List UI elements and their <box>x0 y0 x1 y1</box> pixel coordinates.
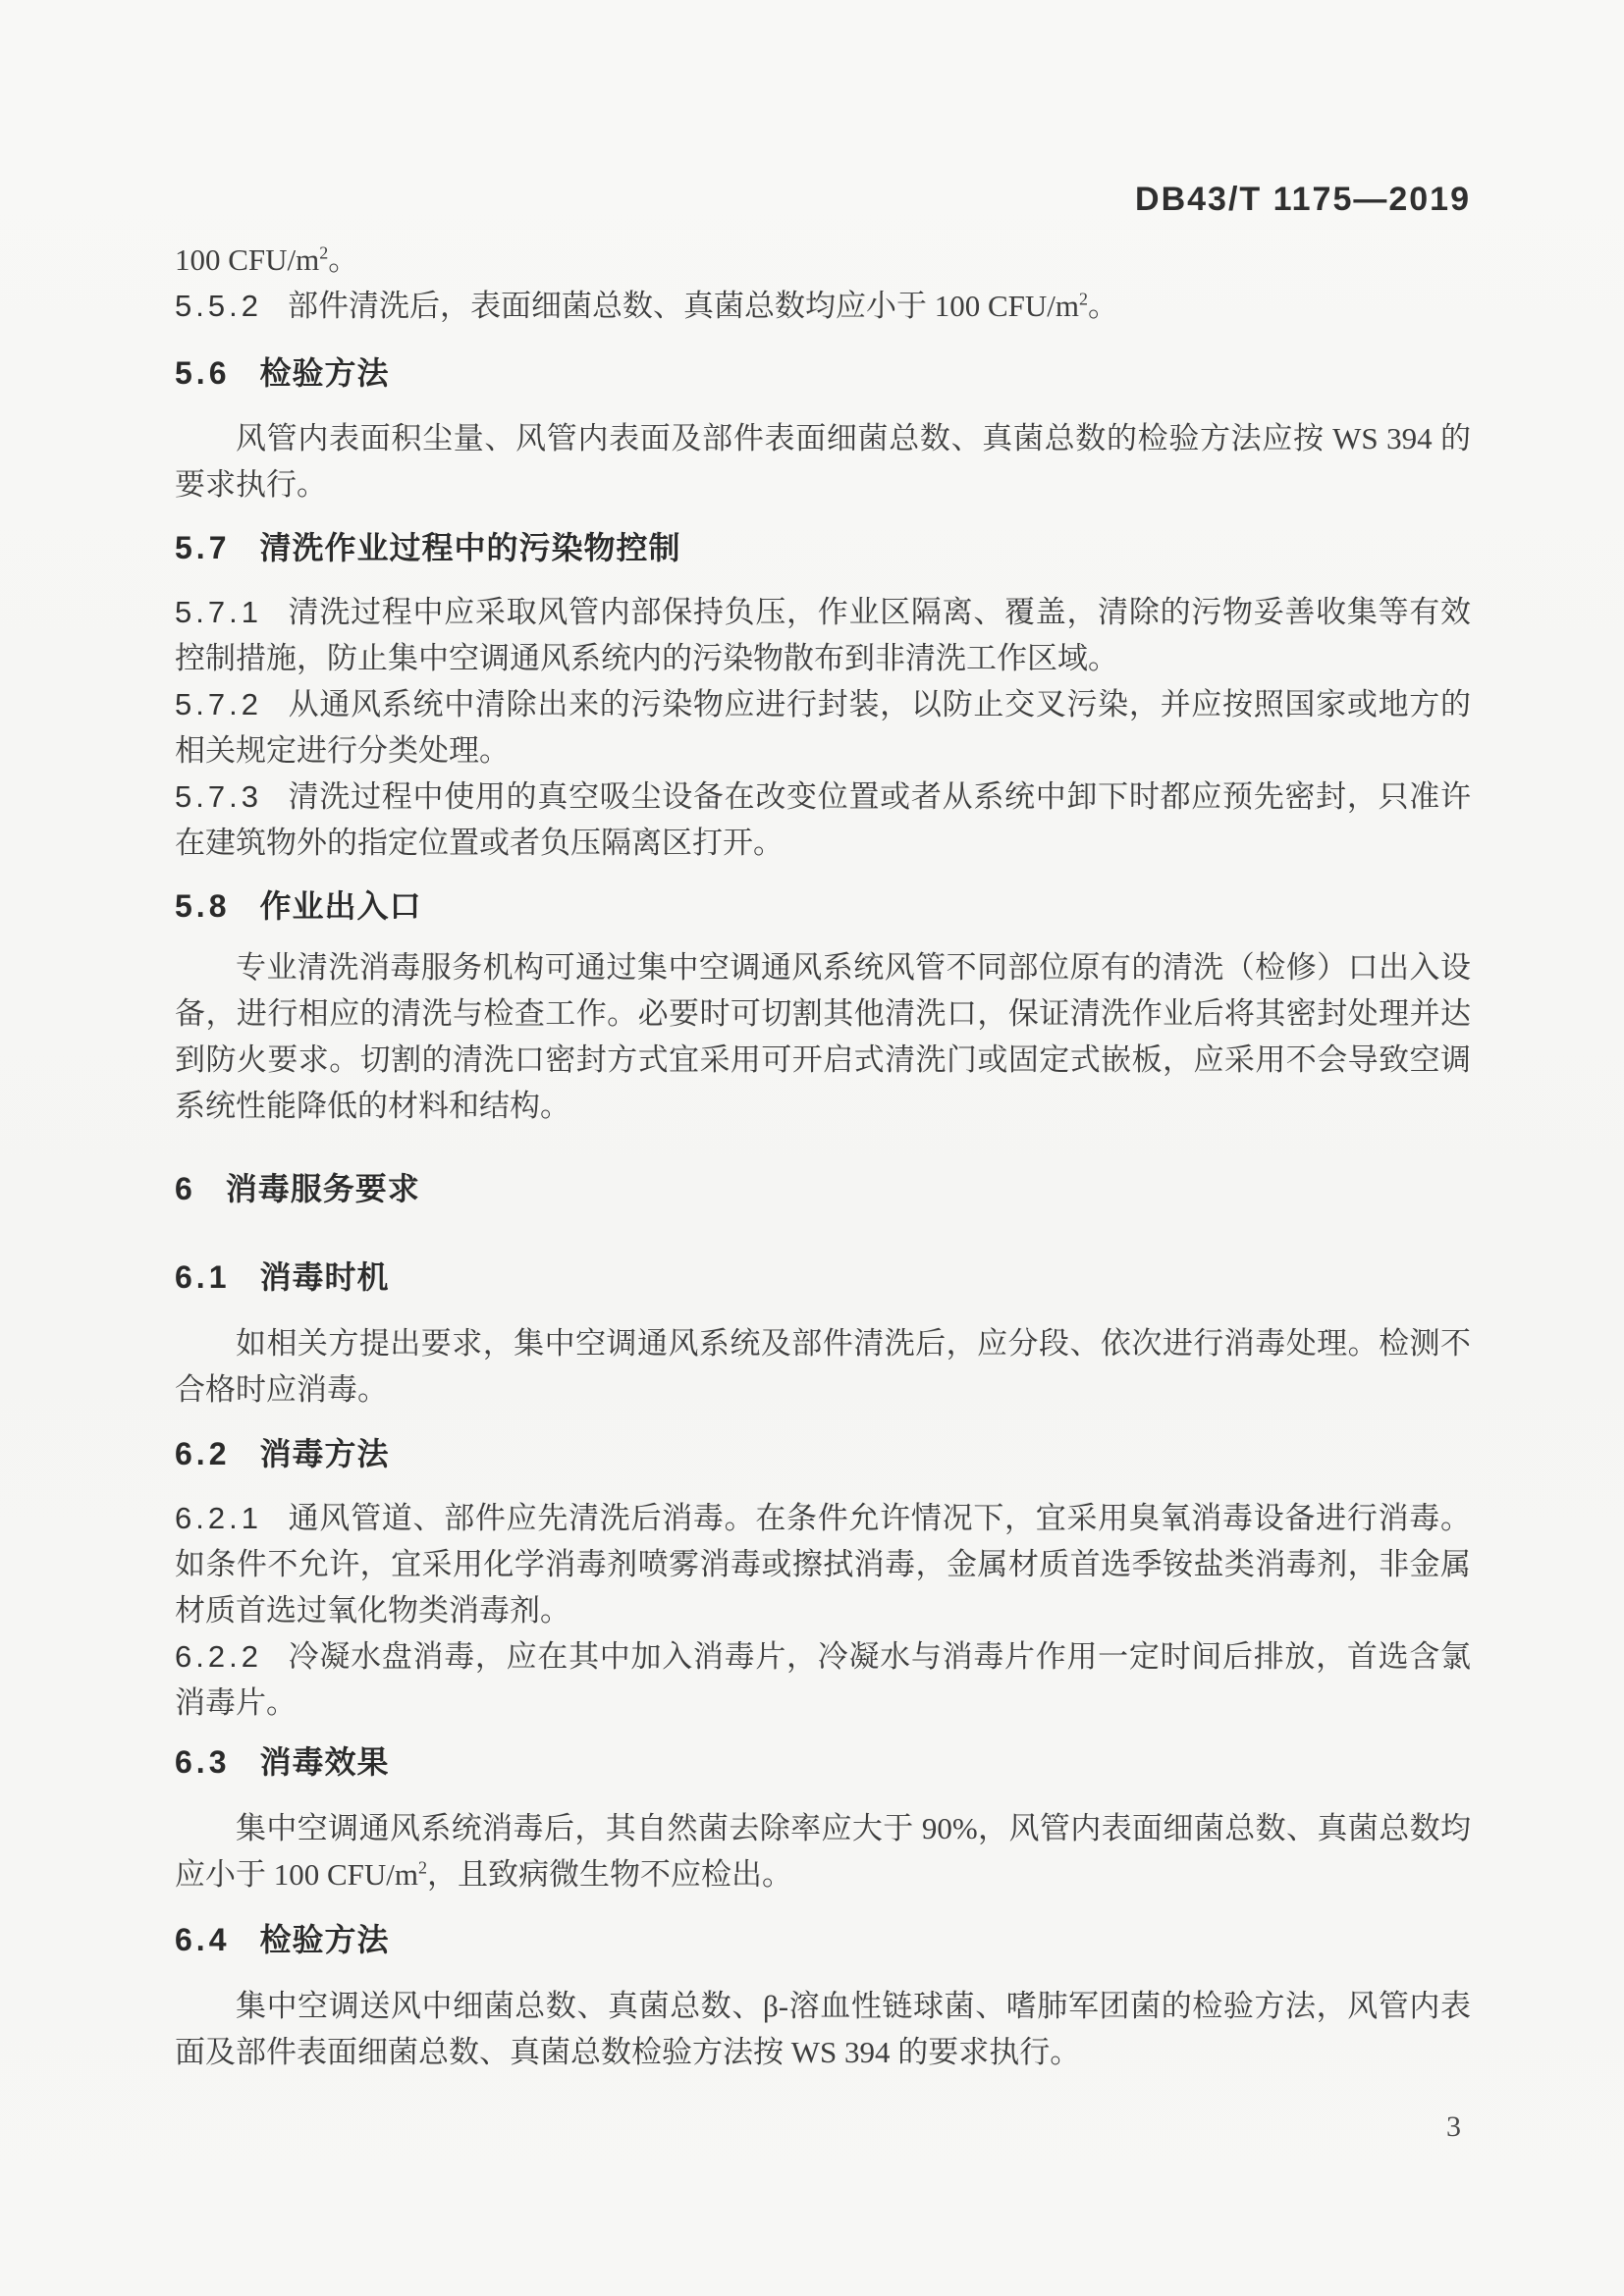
clause-6-2-1: 6.2.1通风管道、部件应先清洗后消毒。在条件允许情况下，宜采用臭氧消毒设备进行… <box>175 1495 1471 1633</box>
superscript-2: 2 <box>418 1858 427 1878</box>
heading-number: 6.1 <box>175 1259 230 1295</box>
heading-title: 作业出入口 <box>259 888 421 924</box>
heading-title: 消毒效果 <box>259 1744 389 1780</box>
superscript-2: 2 <box>1079 290 1088 309</box>
clause-punct: 。 <box>1088 289 1118 323</box>
document-page: DB43/T 1175—2019 100 CFU/m2。 5.5.2部件清洗后，… <box>0 0 1624 2296</box>
superscript-2: 2 <box>319 243 328 263</box>
heading-6-3: 6.3消毒效果 <box>175 1741 1471 1783</box>
heading-number: 6 <box>175 1171 196 1206</box>
clause-5-7-3: 5.7.3清洗过程中使用的真空吸尘设备在改变位置或者从系统中卸下时都应预先密封，… <box>175 774 1471 866</box>
paragraph-6-1: 如相关方提出要求，集中空调通风系统及部件清洗后，应分段、依次进行消毒处理。检测不… <box>175 1320 1471 1413</box>
clause-text: 从通风系统中清除出来的污染物应进行封装，以防止交叉污染，并应按照国家或地方的相关… <box>175 687 1471 768</box>
clause-5-7-1: 5.7.1清洗过程中应采取风管内部保持负压，作业区隔离、覆盖，清除的污物妥善收集… <box>175 589 1471 681</box>
heading-number: 6.4 <box>175 1922 230 1957</box>
heading-title: 检验方法 <box>259 355 389 391</box>
heading-title: 检验方法 <box>259 1922 389 1957</box>
clause-text: 通风管道、部件应先清洗后消毒。在条件允许情况下，宜采用臭氧消毒设备进行消毒。如条… <box>175 1501 1471 1628</box>
standard-code: DB43/T 1175—2019 <box>1135 181 1471 218</box>
clause-5-5-2: 5.5.2部件清洗后，表面细菌总数、真菌总数均应小于 100 CFU/m2。 <box>175 283 1471 329</box>
clause-text: 部件清洗后，表面细菌总数、真菌总数均应小于 100 CFU/m <box>288 289 1079 323</box>
clause-number: 6.2.2 <box>175 1639 262 1674</box>
document-content: DB43/T 1175—2019 100 CFU/m2。 5.5.2部件清洗后，… <box>175 0 1471 2075</box>
heading-6-2: 6.2消毒方法 <box>175 1433 1471 1474</box>
paragraph-6-3: 集中空调通风系统消毒后，其自然菌去除率应大于 90%，风管内表面细菌总数、真菌总… <box>175 1805 1471 1897</box>
carryover-line: 100 CFU/m2。 <box>175 237 1471 283</box>
heading-number: 5.8 <box>175 888 230 924</box>
clause-5-7-2: 5.7.2从通风系统中清除出来的污染物应进行封装，以防止交叉污染，并应按照国家或… <box>175 681 1471 774</box>
heading-number: 5.7 <box>175 530 230 565</box>
paragraph-text: 集中空调通风系统消毒后，其自然菌去除率应大于 90%，风管内表面细菌总数、真菌总… <box>175 1811 1471 1892</box>
carryover-punct: 。 <box>328 242 358 277</box>
clause-number: 6.2.1 <box>175 1501 262 1535</box>
heading-number: 6.3 <box>175 1744 230 1780</box>
heading-number: 5.6 <box>175 355 230 391</box>
heading-6: 6消毒服务要求 <box>175 1168 1471 1209</box>
heading-number: 6.2 <box>175 1436 230 1471</box>
clause-text: 清洗过程中使用的真空吸尘设备在改变位置或者从系统中卸下时都应预先密封，只准许在建… <box>175 779 1471 860</box>
paragraph-5-8: 专业清洗消毒服务机构可通过集中空调通风系统风管不同部位原有的清洗（检修）口出入设… <box>175 944 1471 1129</box>
page-number: 3 <box>1446 2110 1461 2144</box>
heading-title: 清洗作业过程中的污染物控制 <box>259 530 680 565</box>
paragraph-6-4: 集中空调送风中细菌总数、真菌总数、β-溶血性链球菌、嗜肺军团菌的检验方法，风管内… <box>175 1983 1471 2075</box>
paragraph-5-6: 风管内表面积尘量、风管内表面及部件表面细菌总数、真菌总数的检验方法应按 WS 3… <box>175 415 1471 507</box>
heading-5-6: 5.6检验方法 <box>175 352 1471 394</box>
heading-5-8: 5.8作业出入口 <box>175 885 1471 927</box>
clause-number: 5.7.3 <box>175 779 262 814</box>
heading-title: 消毒服务要求 <box>226 1171 420 1206</box>
carryover-text: 100 CFU/m <box>175 242 319 277</box>
page-header: DB43/T 1175—2019 <box>175 180 1471 219</box>
clause-number: 5.5.2 <box>175 289 262 323</box>
clause-text: 清洗过程中应采取风管内部保持负压，作业区隔离、覆盖，清除的污物妥善收集等有效控制… <box>175 595 1471 675</box>
heading-6-4: 6.4检验方法 <box>175 1919 1471 1960</box>
paragraph-punct: ，且致病微生物不应检出。 <box>427 1857 792 1892</box>
heading-6-1: 6.1消毒时机 <box>175 1256 1471 1298</box>
heading-title: 消毒时机 <box>259 1259 389 1295</box>
clause-number: 5.7.1 <box>175 595 262 629</box>
heading-5-7: 5.7清洗作业过程中的污染物控制 <box>175 527 1471 568</box>
clause-text: 冷凝水盘消毒，应在其中加入消毒片，冷凝水与消毒片作用一定时间后排放，首选含氯消毒… <box>175 1639 1471 1720</box>
clause-number: 5.7.2 <box>175 687 262 721</box>
heading-title: 消毒方法 <box>259 1436 389 1471</box>
clause-6-2-2: 6.2.2冷凝水盘消毒，应在其中加入消毒片，冷凝水与消毒片作用一定时间后排放，首… <box>175 1633 1471 1726</box>
